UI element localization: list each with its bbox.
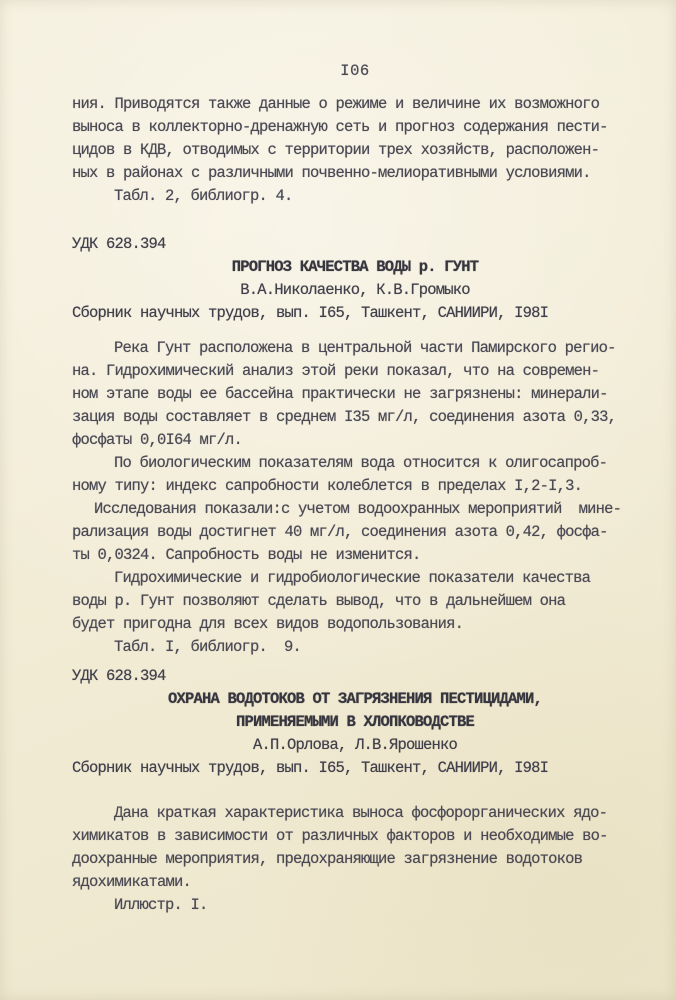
entry-2-header: УДК 628.394 ОХРАНА ВОДОТОКОВ ОТ ЗАГРЯЗНЕ…	[72, 665, 638, 780]
entry-authors: В.А.Николаенко, К.В.Громыко	[72, 279, 638, 302]
text-column: I06 ния. Приводятся также данные о режим…	[72, 60, 638, 917]
entry-2-abstract: Дана краткая характеристика выноса фосфо…	[72, 802, 638, 917]
abstract-line: Дана краткая характеристика выноса фосфо…	[72, 802, 638, 825]
entry-1-abstract: Река Гунт расположена в центральной част…	[72, 337, 638, 659]
entry-title-line: ПРОГНОЗ КАЧЕСТВА ВОДЫ р. ГУНТ	[72, 256, 638, 279]
abstract-line: ном этапе воды ее бассейна практически н…	[72, 383, 638, 406]
fragment-line: цидов в КДВ, отводимых с территории трех…	[72, 139, 638, 162]
abstract-line: воды р. Гунт позволяют сделать вывод, чт…	[72, 590, 638, 613]
abstract-line: зация воды составляет в среднем I35 мг/л…	[72, 406, 638, 429]
scanned-page: I06 ния. Приводятся также данные о режим…	[0, 0, 676, 1000]
entry-authors: А.П.Орлова, Л.В.Ярошенко	[72, 734, 638, 757]
abstract-line: Исследования показали:с учетом водоохран…	[72, 498, 638, 521]
abstract-line: Гидрохимические и гидробиологические пок…	[72, 567, 638, 590]
abstract-line: рализация воды достигнет 40 мг/л, соедин…	[72, 521, 638, 544]
abstract-line: Река Гунт расположена в центральной част…	[72, 337, 638, 360]
abstract-line: ядохимикатами.	[72, 871, 638, 894]
abstract-line: ному типу: индекс сапробности колеблется…	[72, 475, 638, 498]
abstract-line: будет пригодна для всех видов водопользо…	[72, 613, 638, 636]
fragment-line: ных в районах с различными почвенно-мели…	[72, 162, 638, 185]
abstract-line: По биологическим показателям вода относи…	[72, 452, 638, 475]
abstract-fragment: ния. Приводятся также данные о режиме и …	[72, 93, 638, 208]
abstract-line: доохранные мероприятия, предохраняющие з…	[72, 848, 638, 871]
fragment-line: выноса в коллекторно-дренажную сеть и пр…	[72, 116, 638, 139]
udc-label: УДК 628.394	[72, 665, 638, 688]
udc-label: УДК 628.394	[72, 233, 638, 256]
fragment-line: ния. Приводятся также данные о режиме и …	[72, 93, 638, 116]
entry-title-line: ОХРАНА ВОДОТОКОВ ОТ ЗАГРЯЗНЕНИЯ ПЕСТИЦИД…	[72, 688, 638, 711]
abstract-line: ты 0,0324. Сапробность воды не изменится…	[72, 544, 638, 567]
entry-source: Сборник научных трудов, вып. I65, Ташкен…	[72, 302, 638, 325]
abstract-line: химикатов в зависимости от различных фак…	[72, 825, 638, 848]
note-line: Табл. I, библиогр. 9.	[72, 636, 638, 659]
entry-1-header: УДК 628.394 ПРОГНОЗ КАЧЕСТВА ВОДЫ р. ГУН…	[72, 233, 638, 325]
fragment-note-line: Табл. 2, библиогр. 4.	[72, 185, 638, 208]
note-line: Иллюстр. I.	[72, 894, 638, 917]
page-number: I06	[72, 60, 638, 83]
abstract-line: на. Гидрохимический анализ этой реки пок…	[72, 360, 638, 383]
entry-source: Сборник научных трудов, вып. I65, Ташкен…	[72, 757, 638, 780]
abstract-line: фосфаты 0,0I64 мг/л.	[72, 429, 638, 452]
entry-title-line: ПРИМЕНЯЕМЫМИ В ХЛОПКОВОДСТВЕ	[72, 711, 638, 734]
